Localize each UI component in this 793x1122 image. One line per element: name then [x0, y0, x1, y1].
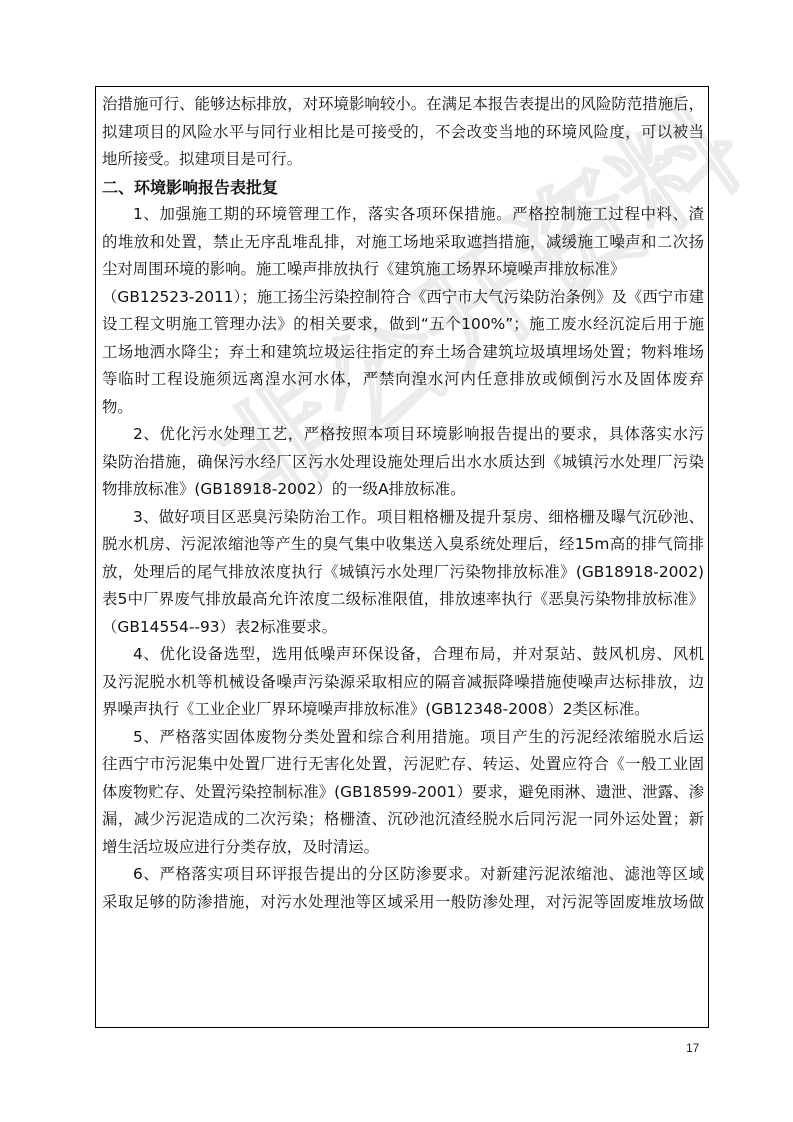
paragraph-1-line: 工场地洒水降尘；弃土和建筑垃圾运往指定的弃土场合建筑垃圾填埋场处置；物料堆场: [102, 339, 704, 367]
paragraph-3-line: 放，处理后的尾气排放浓度执行《城镇污水处理厂污染物排放标准》(GB18918-2…: [102, 559, 704, 587]
paragraph-4-line: 及污泥脱水机等机械设备噪声污染源采取相应的隔音减振降噪措施使噪声达标排放，边: [102, 669, 704, 697]
paragraph-3-line: 表5中厂界废气排放最高允许浓度二级标准限值，排放速率执行《恶臭污染物排放标准》: [102, 586, 704, 614]
section-heading: 二、环境影响报告表批复: [102, 174, 704, 202]
document-table-cell: 治措施可行、能够达标排放，对环境影响较小。在满足本报告表提出的风险防范措施后， …: [95, 86, 709, 1028]
text-line: 治措施可行、能够达标排放，对环境影响较小。在满足本报告表提出的风险防范措施后，: [102, 91, 704, 119]
paragraph-1-line: 的堆放和处置，禁止无序乱堆乱排，对施工场地采取遮挡措施，减缓施工噪声和二次扬: [102, 229, 704, 257]
paragraph-1-line: 等临时工程设施须远离湟水河水体，严禁向湟水河内任意排放或倾倒污水及固体废弃: [102, 366, 704, 394]
paragraph-5-line: 增生活垃圾应进行分类存放，及时清运。: [102, 834, 704, 862]
paragraph-2-line: 物排放标准》(GB18918-2002）的一级A排放标准。: [102, 476, 704, 504]
text-line: 地所接受。拟建项目是可行。: [102, 146, 704, 174]
paragraph-1-line: 1、加强施工期的环境管理工作，落实各项环保措施。严格控制施工过程中料、渣: [102, 201, 704, 229]
paragraph-1-line: 设工程文明施工管理办法》的相关要求，做到“五个100%”；施工废水经沉淀后用于施: [102, 311, 704, 339]
document-body: 治措施可行、能够达标排放，对环境影响较小。在满足本报告表提出的风险防范措施后， …: [102, 91, 704, 916]
paragraph-5-line: 漏，减少污泥造成的二次污染；格栅渣、沉砂池沉渣经脱水后同污泥一同外运处置；新: [102, 806, 704, 834]
text-line: 拟建项目的风险水平与同行业相比是可接受的，不会改变当地的环境风险度，可以被当: [102, 119, 704, 147]
paragraph-4-line: 4、优化设备选型，选用低噪声环保设备，合理布局，并对泵站、鼓风机房、风机: [102, 641, 704, 669]
paragraph-1-line: 尘对周围环境的影响。施工噪声排放执行《建筑施工场界环境噪声排放标准》: [102, 256, 704, 284]
paragraph-5-line: 5、严格落实固体废物分类处置和综合利用措施。项目产生的污泥经浓缩脱水后运: [102, 724, 704, 752]
paragraph-2-line: 染防治措施，确保污水经厂区污水处理设施处理后出水水质达到《城镇污水处理厂污染: [102, 449, 704, 477]
paragraph-1-line: （GB12523-2011）；施工扬尘污染控制符合《西宁市大气污染防治条例》及《…: [102, 284, 704, 312]
paragraph-3-line: 3、做好项目区恶臭污染防治工作。项目粗格栅及提升泵房、细格栅及曝气沉砂池、: [102, 504, 704, 532]
page-number: 17: [686, 1041, 699, 1055]
paragraph-5-line: 往西宁市污泥集中处置厂进行无害化处置，污泥贮存、转运、处置应符合《一般工业固: [102, 751, 704, 779]
paragraph-3-line: （GB14554--93）表2标准要求。: [102, 614, 704, 642]
paragraph-4-line: 界噪声执行《工业企业厂界环境噪声排放标准》(GB12348-2008）2类区标准…: [102, 696, 704, 724]
paragraph-6-line: 6、严格落实项目环评报告提出的分区防渗要求。对新建污泥浓缩池、滤池等区域: [102, 861, 704, 889]
paragraph-2-line: 2、优化污水处理工艺，严格按照本项目环境影响报告提出的要求，具体落实水污: [102, 421, 704, 449]
paragraph-6-line: 采取足够的防渗措施，对污水处理池等区域采用一般防渗处理，对污泥等固废堆放场做: [102, 889, 704, 917]
paragraph-3-line: 脱水机房、污泥浓缩池等产生的臭气集中收集送入臭系统处理后，经15m高的排气筒排: [102, 531, 704, 559]
paragraph-5-line: 体废物贮存、处置污染控制标准》(GB18599-2001）要求，避免雨淋、遗泄、…: [102, 779, 704, 807]
paragraph-1-line: 物。: [102, 394, 704, 422]
